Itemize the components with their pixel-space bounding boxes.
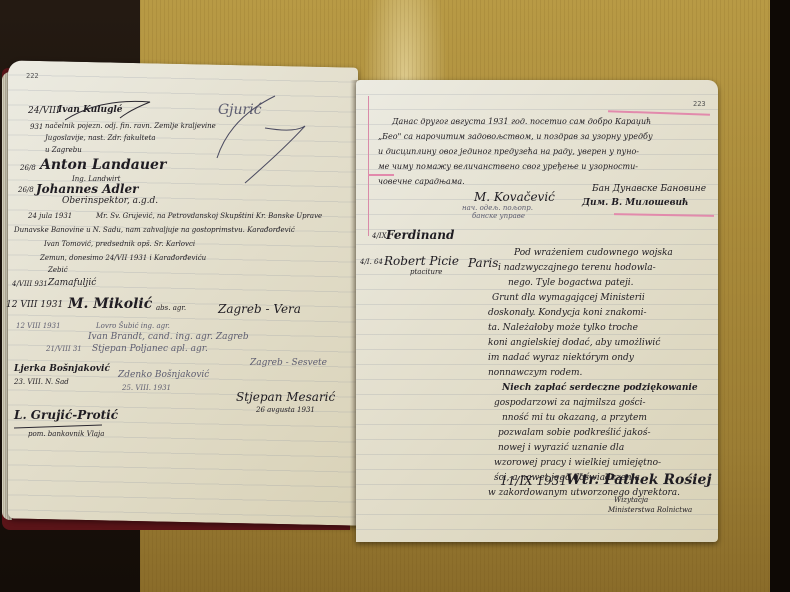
entry-date: 25. VIII. 1931 bbox=[122, 384, 171, 393]
paragraph-line: i nadzwyczajnego terenu hodowla- bbox=[488, 261, 698, 276]
entry-name: Stjepan Mesarić bbox=[236, 390, 335, 404]
entry-date: 23. VIII. N. Sad bbox=[14, 378, 69, 387]
entry-text: Jugoslavije, nast. Zdr. fakulteta bbox=[45, 134, 156, 143]
paragraph-line: doskonały. Kondycja koni znakomi- bbox=[488, 306, 698, 321]
signature-ban-title: Бан Дунавске Бановине bbox=[592, 184, 706, 195]
entry-text: Stjepan Poljanec apl. agr. bbox=[92, 344, 208, 355]
entry-name: M. Mikolić bbox=[68, 296, 152, 312]
entry-date: 26/8 bbox=[20, 164, 36, 173]
paragraph-line: nonnawczym rodem. bbox=[488, 366, 698, 381]
signature-kovacevic: M. Kovačević bbox=[474, 190, 555, 204]
entry-date: 12 VIII 1931 bbox=[16, 322, 61, 331]
left-page-number: 222 bbox=[26, 72, 39, 80]
margin-line bbox=[368, 96, 369, 236]
paragraph-line: nowej i wyrazić uznanie dla bbox=[488, 441, 698, 456]
paragraph-line: nność mi tu okazaną, a przytem bbox=[488, 411, 698, 426]
signature-flourish bbox=[205, 88, 315, 188]
entry-text: Ivan Brandt, cand. ing. agr. Zagreb bbox=[88, 332, 249, 343]
paragraph-line: и дисциплину овог јединог предузећа на р… bbox=[378, 144, 653, 159]
right-page-number: 223 bbox=[693, 100, 706, 108]
entry-date: 24 jula 1931 bbox=[28, 212, 72, 221]
closing-date: 11/IX 1931 bbox=[500, 474, 567, 488]
entry-text: Zemun, donesimo 24/VII 1931 i Karađorđev… bbox=[40, 254, 206, 263]
entry-title: ptaciture bbox=[410, 268, 442, 277]
entry-text: Ivan Tomović, predsednik opš. Sr. Karlov… bbox=[44, 240, 195, 249]
closing-title: Wizytacja bbox=[614, 496, 648, 505]
entry-text: Mr. Sv. Grujević, na Petrovdanskoj Skupš… bbox=[96, 212, 322, 221]
entry-name: Robert Picie bbox=[384, 254, 459, 268]
entry-name: Zamafuljić bbox=[48, 278, 96, 289]
paragraph-line: ta. Należałoby może tylko troche bbox=[488, 321, 698, 336]
header-paragraph: Данас другог августа 1931 год. посетио с… bbox=[378, 114, 653, 189]
entry-title: abs. agr. bbox=[156, 304, 186, 313]
paragraph-line: Niech zapłać serdeczne podziękowanie bbox=[488, 381, 698, 396]
entry-text: Zebić bbox=[48, 266, 68, 275]
paragraph-line: wzorowej pracy i wielkiej umiejętno- bbox=[488, 456, 698, 471]
signature-title: банске управе bbox=[472, 212, 525, 221]
closing-title: Ministerstwa Rolnictwa bbox=[608, 506, 692, 515]
paragraph-line: im nadać wyraz niektórym ondy bbox=[488, 351, 698, 366]
entry-text: Dunavske Banovine u N. Sadu, nam zahvalj… bbox=[14, 226, 295, 235]
entry-date: 12 VIII 1931 bbox=[6, 300, 63, 311]
paragraph-line: ме чиму помажу величанствено свог уређењ… bbox=[378, 159, 653, 174]
paragraph-line: „Бео" са нарочитим задовољством, и поздр… bbox=[378, 129, 653, 144]
entry-date: 21/VIII 31 bbox=[46, 345, 82, 354]
paragraph-line: w zakordowanym utworzonego dyrektora. bbox=[488, 486, 698, 501]
entry-date: 931 bbox=[30, 123, 43, 132]
polish-paragraph: Pod wrażeniem cudownego wojska i nadzwyc… bbox=[488, 246, 698, 501]
entry-text: Lovro Šubić ing. agr. bbox=[96, 322, 170, 331]
paragraph-line: Grunt dla wymagającej Ministerii bbox=[488, 291, 698, 306]
closing-signature: Wtr. Pathek Rośiej bbox=[566, 472, 712, 488]
entry-name: Johannes Adler bbox=[36, 182, 138, 196]
paragraph-line: pozwalam sobie podkreślić jakoś- bbox=[488, 426, 698, 441]
entry-place: Zagreb - Vera bbox=[218, 302, 301, 316]
paragraph-line: Pod wrażeniem cudownego wojska bbox=[488, 246, 698, 261]
entry-date: 24/VIII bbox=[28, 106, 60, 117]
entry-date: 26 avgusta 1931 bbox=[256, 406, 315, 415]
entry-date: 4/I. 64 bbox=[360, 258, 383, 267]
entry-name: Ljerka Bošnjaković bbox=[14, 364, 110, 375]
entry-text: načelnik pojezn. odj. fin. ravn. Zemlje … bbox=[45, 122, 216, 131]
entry-name: Zdenko Bošnjaković bbox=[118, 370, 209, 381]
entry-date: 26/8 bbox=[18, 186, 34, 195]
paragraph-line: Данас другог августа 1931 год. посетио с… bbox=[378, 114, 653, 129]
signature-ban: Дим. В. Милошевић bbox=[582, 198, 689, 209]
entry-name: L. Grujić-Protić bbox=[14, 408, 118, 422]
entry-title: pom. bankovnik Vlaja bbox=[28, 430, 104, 439]
dark-background-right bbox=[770, 0, 790, 592]
entry-signature: Ferdinand bbox=[386, 228, 454, 242]
entry-name: Anton Landauer bbox=[40, 157, 166, 173]
entry-text: Zagreb - Sesvete bbox=[250, 358, 327, 369]
entry-title: Oberinspektor, a.g.d. bbox=[62, 196, 158, 207]
entry-date: 4/IX bbox=[372, 232, 387, 241]
paragraph-line: nego. Tyle bogactwa pateji. bbox=[488, 276, 698, 291]
entry-text: u Zagrebu bbox=[45, 146, 82, 155]
paragraph-line: koni angielskiej dodać, aby umożliwić bbox=[488, 336, 698, 351]
paragraph-line: gospodarzowi za najmilsza gości- bbox=[488, 396, 698, 411]
entry-date: 4/VIII 931 bbox=[12, 280, 48, 289]
